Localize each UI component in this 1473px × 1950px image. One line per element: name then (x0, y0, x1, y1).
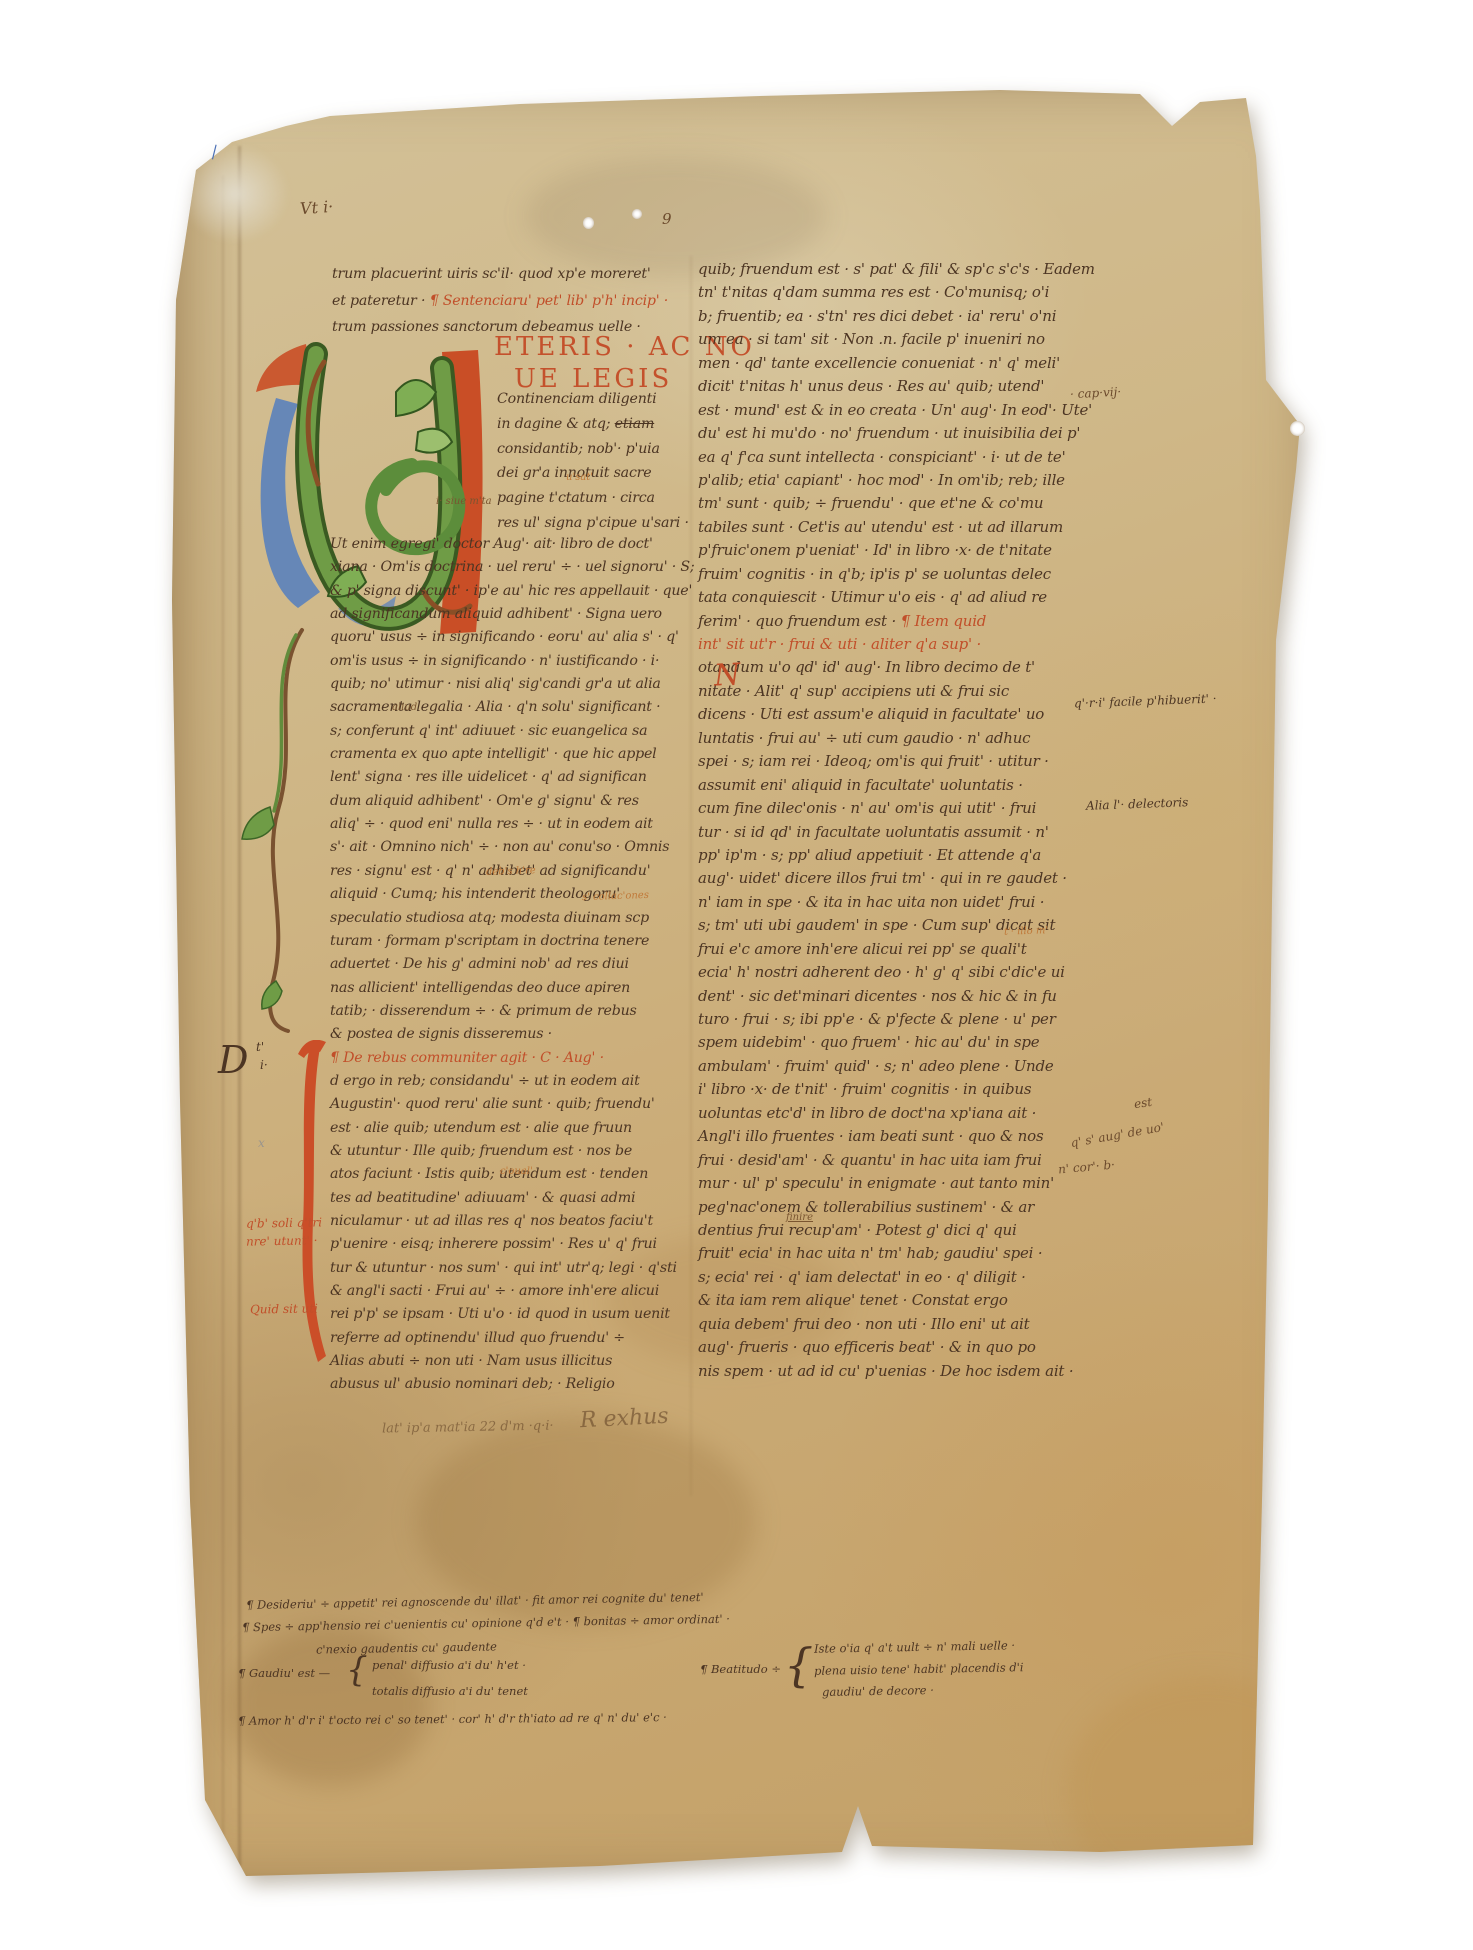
text-line: cum fine dilec'onis · n' au' om'is qui u… (698, 799, 1095, 822)
text-line: aliq' ÷ · quod eni' nulla res ÷ · ut in … (330, 816, 694, 839)
body-text: & postea de signis disseremus · (330, 1026, 552, 1042)
text-line: p'uenire · eisq; inherere possim' · Res … (330, 1236, 694, 1259)
body-text: d ergo in reb; considandu' ÷ ut in eodem… (330, 1073, 640, 1089)
stain (526, 156, 826, 276)
distinctio-number: i· (260, 1058, 268, 1072)
text-line: s; ecia' rei · q' iam delectat' in eo · … (698, 1268, 1095, 1291)
bottom-note: gaudiu' de decore · (822, 1683, 934, 1699)
body-text: du' est hi mu'do · no' fruendum · ut inu… (698, 424, 1080, 442)
text-line: quib; no' utimur · nisi aliq' sig'candi … (330, 676, 694, 699)
body-text: i' libro ·x· de t'nit' · fruim' cognitis… (698, 1080, 1031, 1098)
stain (1066, 1676, 1346, 1906)
text-line: xiana · Om'is doctrina · uel reru' ÷ · u… (330, 559, 694, 582)
text-line: aug'· uidet' dicere illos frui tm' · qui… (698, 869, 1095, 892)
body-text: xiana · Om'is doctrina · uel reru' ÷ · u… (330, 559, 694, 575)
body-text: Alias abuti ÷ non uti · Nam usus illicit… (330, 1353, 612, 1369)
text-line: abusus ul' abusio nominari deb; · Religi… (330, 1376, 694, 1399)
body-text: res ul' signa p'cipue u'sari · (497, 515, 689, 531)
text-line: est · mund' est & in eo creata · Un' aug… (698, 401, 1095, 424)
text-line: aduertet · De his g' admini nob' ad res … (330, 956, 694, 979)
bottom-note: totalis diffusio a'i du' tenet (372, 1684, 528, 1698)
interlinear-gloss: deb's h're (486, 865, 536, 878)
interlinear-gloss: aliud (392, 702, 417, 713)
rubric-text: ¶ Sentenciaru' pet' lib' p'h' incip' · (430, 293, 669, 309)
interlinear-gloss: finire (786, 1212, 813, 1223)
text-line: n' iam in spe · & ita in hac uita non ui… (698, 893, 1095, 916)
interlinear-gloss: c'oual' (500, 1166, 533, 1177)
text-line: & postea de signis disseremus · (330, 1026, 694, 1049)
manuscript-photo: { "meta": { "description_tag": "manuscri… (0, 0, 1473, 1950)
body-text: est · alie quib; utendum est · alie que … (330, 1120, 632, 1136)
text-line: i' libro ·x· de t'nit' · fruim' cognitis… (698, 1080, 1095, 1103)
text-line: frui · desid'am' · & quantu' in hac uita… (698, 1151, 1095, 1174)
text-line: tm' sunt · quib; ÷ fruendu' · que et'ne … (698, 494, 1095, 517)
body-text: pagine t'ctatum · circa (497, 490, 655, 506)
interlinear-gloss: s' collac'ones (582, 890, 649, 903)
text-line: um ea · si tam' sit · Non .n. facile p' … (698, 330, 1095, 353)
folio-number: 9 (662, 210, 672, 228)
body-text: & utuntur · Ille quib; fruendum est · no… (330, 1143, 632, 1159)
body-text: considantib; nob'· p'uia (497, 441, 660, 457)
body-text: aliquid · Cumq; his intenderit theologor… (330, 886, 620, 902)
text-line: trum passiones sanctorum debeamus uelle … (332, 319, 668, 346)
body-text: ecia' h' nostri adherent deo · h' g' q' … (698, 963, 1065, 981)
body-text: dicens · Uti est assum'e aliquid in facu… (698, 705, 1044, 723)
interlinear-gloss: i· siue m'ta (436, 496, 492, 507)
text-line: niculamur · ut ad illas res q' nos beato… (330, 1213, 694, 1236)
text-line: dicens · Uti est assum'e aliquid in facu… (698, 705, 1095, 728)
body-text: pp' ip'm · s; pp' aliud appetiuit · Et a… (698, 846, 1041, 864)
pencil-mark: x (258, 1136, 265, 1150)
bottom-note: penal' diffusio a'i du' h'et · (372, 1658, 526, 1672)
body-text: luntatis · frui au' ÷ uti cum gaudio · n… (698, 729, 1030, 747)
distinctio-initial: D (218, 1038, 248, 1082)
body-text: nitate · Alit' q' sup' accipiens uti & f… (698, 682, 1009, 700)
body-text: b; fruentib; ea · s'tn' res dici debet ·… (698, 307, 1056, 325)
body-text: Ut enim egregi' doctor Aug'· ait· libro … (330, 536, 653, 552)
red-marginal-note: nre' utunt' · (246, 1233, 318, 1248)
text-line: cramenta ex quo apte intelligit' · que h… (330, 746, 694, 769)
body-text: turam · formam p'scriptam in doctrina te… (330, 933, 649, 949)
body-text: p'uenire · eisq; inherere possim' · Res … (330, 1236, 657, 1252)
body-text: lent' signa · res ille uidelicet · q' ad… (330, 769, 647, 785)
body-text: p'fruic'onem p'ueniat' · Id' in libro ·x… (698, 541, 1052, 559)
brace: { (346, 1650, 368, 1690)
body-text: dicit' t'nitas h' unus deus · Res au' qu… (698, 377, 1044, 395)
body-text: tur · si id qd' in facultate uoluntatis … (698, 823, 1049, 841)
body-text: turo · frui · s; ibi pp'e · & p'fecte & … (698, 1010, 1056, 1028)
body-text: sacramenta legalia · Alia · q'n solu' si… (330, 699, 660, 715)
body-text: & angl'i sacti · Frui au' ÷ · amore inh'… (330, 1283, 659, 1299)
text-line: nis spem · ut ad id cu' p'uenias · De ho… (698, 1362, 1095, 1385)
text-line: dent' · sic det'minari dicentes · nos & … (698, 987, 1095, 1010)
text-line: s'· ait · Omnino nich' ÷ · non au' conu'… (330, 839, 694, 862)
body-text: etiam (615, 416, 655, 432)
text-line: spem uidebim' · quo fruem' · hic au' du'… (698, 1033, 1095, 1056)
body-text: men · qd' tante excellencie conueniat · … (698, 354, 1060, 372)
text-line: tur & utuntur · nos sum' · qui int' utr'… (330, 1260, 694, 1283)
gutter-crease (222, 176, 224, 1856)
bottom-note: ¶ Beatitudo ÷ (700, 1662, 781, 1676)
body-text: tabiles sunt · Cet'is au' utendu' est · … (698, 518, 1063, 536)
body-text: p'alib; etia' capiant' · hoc mod' · In o… (698, 471, 1065, 489)
text-line: tata conquiescit · Utimur u'o eis · q' a… (698, 588, 1095, 611)
body-text: fruim' cognitis · in q'b; ip'is p' se uo… (698, 565, 1051, 583)
body-text: Continenciam diligenti (497, 391, 657, 407)
body-text: s'· ait · Omnino nich' ÷ · non au' conu'… (330, 839, 669, 855)
text-line: pagine t'ctatum · circa (497, 490, 689, 515)
body-text: dum aliquid adhibent' · Om'e g' signu' &… (330, 793, 639, 809)
repair-patch (180, 144, 290, 244)
body-text: Augustin'· quod reru' alie sunt · quib; … (330, 1096, 655, 1112)
body-text: cum fine dilec'onis · n' au' om'is qui u… (698, 799, 1036, 817)
body-text: ambulam' · fruim' quid' · s; n' adeo ple… (698, 1057, 1054, 1075)
body-text: n' iam in spe · & ita in hac uita non ui… (698, 893, 1044, 911)
text-line: otandum u'o qd' id' aug'· In libro decim… (698, 658, 1095, 681)
interlinear-gloss: u'sat' (566, 472, 593, 483)
text-line: & ita iam rem alique' tenet · Constat er… (698, 1291, 1095, 1314)
distinctio-superscript: t' (256, 1040, 264, 1054)
text-line: quia debem' frui deo · non uti · Illo en… (698, 1315, 1095, 1338)
body-text: frui e'c amore inh'ere alicui rei pp' se… (698, 940, 1027, 958)
body-text: peg'nac'onem & tollerabilius sustinem' ·… (698, 1198, 1034, 1216)
body-text: otandum u'o qd' id' aug'· In libro decim… (698, 658, 1035, 676)
text-line: du' est hi mu'do · no' fruendum · ut inu… (698, 424, 1095, 447)
red-initial-N: N (713, 657, 741, 693)
body-text: um ea · si tam' sit · Non .n. facile p' … (698, 330, 1045, 348)
rubric-text: int' sit ut'r · frui & uti · aliter q'a … (698, 635, 981, 653)
text-line: Augustin'· quod reru' alie sunt · quib; … (330, 1096, 694, 1119)
body-text: quib; fruendum est · s' pat' & fili' & s… (698, 260, 1095, 278)
text-line: tn' t'nitas q'dam summa res est · Co'mun… (698, 283, 1095, 306)
column-a-beside-initial: Continenciam diligentiin dagine & atq; e… (497, 391, 689, 540)
text-line: peg'nac'onem & tollerabilius sustinem' ·… (698, 1198, 1095, 1221)
body-text: aduertet · De his g' admini nob' ad res … (330, 956, 629, 972)
red-initial-I (294, 1040, 328, 1370)
body-text: tatib; · disserendum ÷ · & primum de reb… (330, 1003, 637, 1019)
text-line: & angl'i sacti · Frui au' ÷ · amore inh'… (330, 1283, 694, 1306)
text-line: om'is usus ÷ in significando · n' iustif… (330, 653, 694, 676)
brace: { (784, 1638, 813, 1692)
body-text: om'is usus ÷ in significando · n' iustif… (330, 653, 659, 669)
added-scribble: lat' ip'a mat'ia 22 d'm ·q·i· (382, 1419, 554, 1437)
red-marginal-note: q'b' soli q'tri (246, 1215, 322, 1230)
body-text: & p' signa discunt' · ip'e au' hic res a… (330, 583, 692, 599)
text-line: ¶ De rebus communiter agit · C · Aug' · (330, 1050, 694, 1073)
bottom-note: ¶ Gaudiu' est — (238, 1666, 330, 1680)
text-line: Continenciam diligenti (497, 391, 689, 416)
text-line: nitate · Alit' q' sup' accipiens uti & f… (698, 682, 1095, 705)
body-text: frui · desid'am' · & quantu' in hac uita… (698, 1151, 1042, 1169)
body-text: s; ecia' rei · q' iam delectat' in eo · … (698, 1268, 1026, 1286)
text-line: & utuntur · Ille quib; fruendum est · no… (330, 1143, 694, 1166)
text-line: & p' signa discunt' · ip'e au' hic res a… (330, 583, 694, 606)
text-line: considantib; nob'· p'uia (497, 441, 689, 466)
text-line: et pateretur · ¶ Sentenciaru' pet' lib' … (332, 293, 668, 320)
body-text: quib; no' utimur · nisi aliq' sig'candi … (330, 676, 661, 692)
body-text: dentius frui recup'am' · Potest g' dici … (698, 1221, 1017, 1239)
body-text: quia debem' frui deo · non uti · Illo en… (698, 1315, 1030, 1333)
text-line: tabiles sunt · Cet'is au' utendu' est · … (698, 518, 1095, 541)
text-line: lent' signa · res ille uidelicet · q' ad… (330, 769, 694, 792)
interlinear-gloss: t'· illo m' (1004, 925, 1049, 938)
column-b: quib; fruendum est · s' pat' & fili' & s… (698, 260, 1095, 1385)
body-text: ferim' · quo fruendum est · (698, 612, 901, 630)
body-text: uoluntas etc'd' in libro de doct'na xp'i… (698, 1104, 1036, 1122)
body-text: tata conquiescit · Utimur u'o eis · q' a… (698, 588, 1047, 606)
body-text: trum passiones sanctorum debeamus uelle … (332, 319, 641, 335)
body-text: cramenta ex quo apte intelligit' · que h… (330, 746, 657, 762)
text-line: s; conferunt q' int' adiuuet · sic euang… (330, 723, 694, 746)
vine-flourish (240, 625, 324, 1037)
text-line: mur · ul' p' speculu' in enigmate · aut … (698, 1174, 1095, 1197)
chapter-marginal-note: · cap·vij· (1070, 385, 1122, 402)
text-line: est · alie quib; utendum est · alie que … (330, 1120, 694, 1143)
text-line: aug'· frueris · quo efficeris beat' · & … (698, 1338, 1095, 1361)
text-line: ambulam' · fruim' quid' · s; n' adeo ple… (698, 1057, 1095, 1080)
text-line: ad significandum aliquid adhibent' · Sig… (330, 606, 694, 629)
body-text: tes ad beatitudine' adiuuam' · & quasi a… (330, 1190, 635, 1206)
text-line: in dagine & atq; etiam (497, 416, 689, 441)
column-a-main: Ut enim egregi' doctor Aug'· ait· libro … (330, 536, 694, 1400)
body-text: niculamur · ut ad illas res q' nos beato… (330, 1213, 653, 1229)
text-line: turam · formam p'scriptam in doctrina te… (330, 933, 694, 956)
added-scribble: R exhus (579, 1404, 669, 1434)
body-text: tur & utuntur · nos sum' · qui int' utr'… (330, 1260, 677, 1276)
text-line: sacramenta legalia · Alia · q'n solu' si… (330, 699, 694, 722)
body-text: est · mund' est & in eo creata · Un' aug… (698, 401, 1092, 419)
body-text: in dagine & atq; (497, 416, 615, 432)
text-line: fruim' cognitis · in q'b; ip'is p' se uo… (698, 565, 1095, 588)
body-text: nas allicient' intelligendas deo duce ap… (330, 980, 630, 996)
text-line: dicit' t'nitas h' unus deus · Res au' qu… (698, 377, 1095, 400)
body-text: dent' · sic det'minari dicentes · nos & … (698, 987, 1057, 1005)
text-line: quib; fruendum est · s' pat' & fili' & s… (698, 260, 1095, 283)
body-text: abusus ul' abusio nominari deb; · Religi… (330, 1376, 615, 1392)
body-text: tn' t'nitas q'dam summa res est · Co'mun… (698, 283, 1049, 301)
body-text: aug'· uidet' dicere illos frui tm' · qui… (698, 869, 1067, 887)
text-line: b; fruentib; ea · s'tn' res dici debet ·… (698, 307, 1095, 330)
text-line: ferim' · quo fruendum est · ¶ Item quid (698, 612, 1095, 635)
binding-gutter-fold (166, 116, 244, 1880)
text-line: dum aliquid adhibent' · Om'e g' signu' &… (330, 793, 694, 816)
text-line: spei · s; iam rei · Ideoq; om'is qui fru… (698, 752, 1095, 775)
marginal-note: est (1133, 1095, 1153, 1111)
text-line: Ut enim egregi' doctor Aug'· ait· libro … (330, 536, 694, 559)
body-text: atos faciunt · Istis quib; utendum est ·… (330, 1166, 648, 1182)
body-text: aliq' ÷ · quod eni' nulla res ÷ · ut in … (330, 816, 653, 832)
body-text: quoru' usus ÷ in significando · eoru' au… (330, 629, 679, 645)
body-text: tm' sunt · quib; ÷ fruendu' · que et'ne … (698, 494, 1043, 512)
text-line: ea q' f'ca sunt intellecta · conspiciant… (698, 448, 1095, 471)
body-text: fruit' ecia' in hac uita n' tm' hab; gau… (698, 1244, 1042, 1262)
text-line: men · qd' tante excellencie conueniat · … (698, 354, 1095, 377)
body-text: mur · ul' p' speculu' in enigmate · aut … (698, 1174, 1054, 1192)
body-text: Angl'i illo fruentes · iam beati sunt · … (698, 1127, 1043, 1145)
text-line: Angl'i illo fruentes · iam beati sunt · … (698, 1127, 1095, 1150)
text-line: tes ad beatitudine' adiuuam' · & quasi a… (330, 1190, 694, 1213)
column-a-opening: trum placuerint uiris sc'il· quod xp'e m… (332, 266, 668, 346)
text-line: fruit' ecia' in hac uita n' tm' hab; gau… (698, 1244, 1095, 1267)
text-line: p'alib; etia' capiant' · hoc mod' · In o… (698, 471, 1095, 494)
text-line: pp' ip'm · s; pp' aliud appetiuit · Et a… (698, 846, 1095, 869)
body-text: assumit eni' aliquid in facultate' uolun… (698, 776, 1023, 794)
text-line: dentius frui recup'am' · Potest g' dici … (698, 1221, 1095, 1244)
text-line: Alias abuti ÷ non uti · Nam usus illicit… (330, 1353, 694, 1376)
folio-mark: Vt i· (299, 197, 334, 218)
text-line: referre ad optinendu' illud quo fruendu'… (330, 1330, 694, 1353)
wormhole (632, 209, 642, 219)
rubric-text: ¶ Item quid (901, 612, 987, 630)
body-text: spei · s; iam rei · Ideoq; om'is qui fru… (698, 752, 1049, 770)
text-line: uoluntas etc'd' in libro de doct'na xp'i… (698, 1104, 1095, 1127)
wormhole (583, 217, 594, 229)
body-text: trum placuerint uiris sc'il· quod xp'e m… (332, 266, 651, 282)
body-text: s; conferunt q' int' adiuuet · sic euang… (330, 723, 647, 739)
body-text: referre ad optinendu' illud quo fruendu'… (330, 1330, 625, 1346)
body-text: & ita iam rem alique' tenet · Constat er… (698, 1291, 1008, 1309)
text-line: trum placuerint uiris sc'il· quod xp'e m… (332, 266, 668, 293)
text-line: int' sit ut'r · frui & uti · aliter q'a … (698, 635, 1095, 658)
body-text: s; tm' uti ubi gaudem' in spe · Cum sup'… (698, 916, 1055, 934)
body-text: nis spem · ut ad id cu' p'uenias · De ho… (698, 1362, 1073, 1380)
rubric-heading-line2: UE LEGIS (514, 364, 672, 394)
text-line: turo · frui · s; ibi pp'e · & p'fecte & … (698, 1010, 1095, 1033)
text-line: speculatio studiosa atq; modesta diuinam… (330, 910, 694, 933)
body-text: et pateretur · (332, 293, 430, 309)
text-line: tur · si id qd' in facultate uoluntatis … (698, 823, 1095, 846)
body-text: ea q' f'ca sunt intellecta · conspiciant… (698, 448, 1066, 466)
red-marginal-note: Quid sit uti (250, 1301, 318, 1316)
text-line: d ergo in reb; considandu' ÷ ut in eodem… (330, 1073, 694, 1096)
wormhole (1290, 421, 1305, 436)
text-line: rei p'p' se ipsam · Uti u'o · id quod in… (330, 1306, 694, 1329)
rubric-text: ¶ De rebus communiter agit · C · Aug' · (330, 1050, 604, 1066)
text-line: quoru' usus ÷ in significando · eoru' au… (330, 629, 694, 652)
text-line: luntatis · frui au' ÷ uti cum gaudio · n… (698, 729, 1095, 752)
text-line: tatib; · disserendum ÷ · & primum de reb… (330, 1003, 694, 1026)
text-line: frui e'c amore inh'ere alicui rei pp' se… (698, 940, 1095, 963)
body-text: spem uidebim' · quo fruem' · hic au' du'… (698, 1033, 1039, 1051)
body-text: speculatio studiosa atq; modesta diuinam… (330, 910, 649, 926)
text-line: ecia' h' nostri adherent deo · h' g' q' … (698, 963, 1095, 986)
body-text: aug'· frueris · quo efficeris beat' · & … (698, 1338, 1036, 1356)
text-line: p'fruic'onem p'ueniat' · Id' in libro ·x… (698, 541, 1095, 564)
text-line: assumit eni' aliquid in facultate' uolun… (698, 776, 1095, 799)
text-line: nas allicient' intelligendas deo duce ap… (330, 980, 694, 1003)
body-text: ad significandum aliquid adhibent' · Sig… (330, 606, 662, 622)
body-text: rei p'p' se ipsam · Uti u'o · id quod in… (330, 1306, 670, 1322)
